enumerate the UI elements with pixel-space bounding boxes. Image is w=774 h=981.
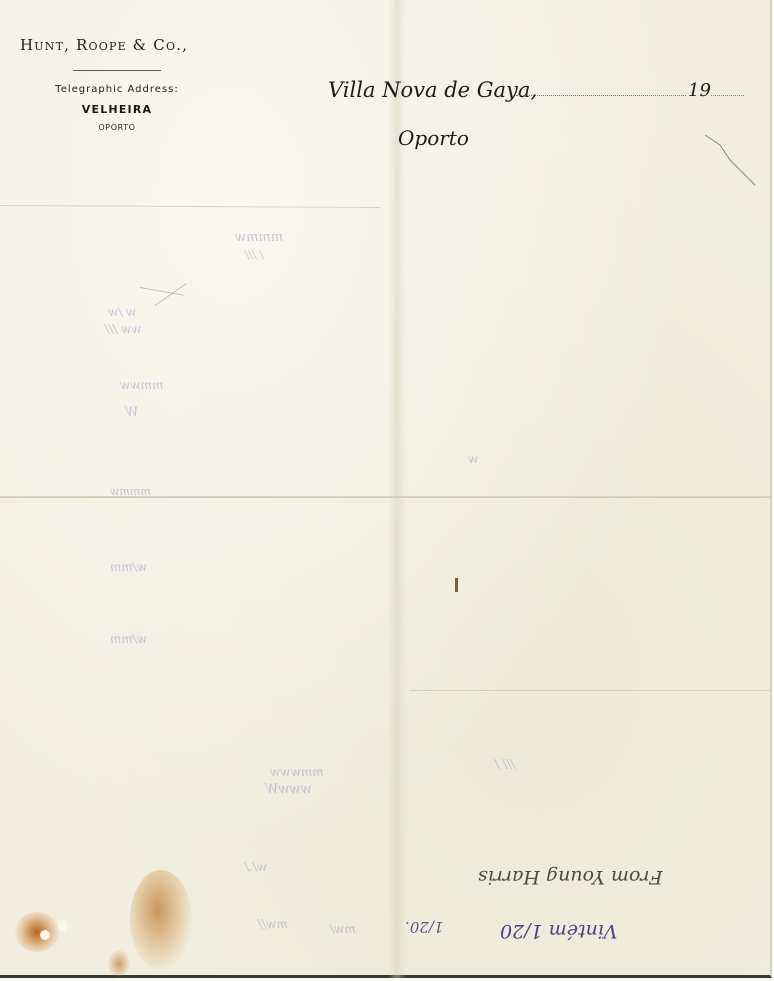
- edge-scribble: [700, 125, 770, 195]
- bleed-through-ink: mmmw: [110, 485, 151, 498]
- ink-note-text: Vintém 1/20: [500, 920, 617, 942]
- bleed-through-ink: W: [125, 405, 138, 420]
- bleed-through-ink: w /w: [108, 305, 136, 319]
- bleed-through-ink: mmww: [120, 378, 163, 392]
- bleed-through-ink: /// /: [495, 757, 515, 771]
- company-name: Hunt, Roope & Co.,: [20, 36, 250, 54]
- bleed-through-ink: wwwW: [265, 782, 312, 797]
- telegraphic-address-label: Telegraphic Address:: [0, 84, 234, 95]
- paper-hole: [40, 930, 50, 940]
- bleed-through-ink: w/./: [245, 860, 267, 874]
- date-fill-line: [516, 95, 686, 96]
- bleed-through-ink: mw/: [330, 922, 356, 936]
- bleed-through-ink: / ///: [245, 248, 263, 261]
- bleed-through-ink: mw//: [258, 917, 288, 931]
- telegraphic-address-word: VELHEIRA: [0, 103, 234, 116]
- paper-crease: [0, 205, 380, 208]
- water-stain: [108, 950, 130, 978]
- ink-fraction: 1/20.: [405, 918, 443, 936]
- pencil-note-text: From Young Harris: [478, 866, 663, 888]
- bleed-through-ink: ww ///: [105, 322, 142, 336]
- rust-stain: [14, 912, 60, 952]
- small-stain-mark: [455, 578, 458, 592]
- dateline-city: Oporto: [398, 126, 469, 150]
- pencil-note: From Young Harris: [478, 866, 663, 888]
- bleed-through-ink: w/mm: [110, 560, 147, 574]
- bleed-through-ink: w: [468, 452, 478, 466]
- ink-fraction-text: 1/20.: [405, 918, 443, 936]
- bleed-through-ink: w/mm: [110, 632, 147, 646]
- year-fill-line: [711, 95, 744, 96]
- dateline-year-prefix: 19: [688, 80, 711, 101]
- bleed-through-ink: mmmw: [235, 230, 283, 245]
- letter-sheet: Hunt, Roope & Co., Telegraphic Address: …: [0, 0, 772, 978]
- telegraphic-address-city: OPORTO: [0, 123, 234, 132]
- water-stain: [130, 870, 192, 970]
- paper-hole: [58, 920, 68, 932]
- paper-crease: [410, 690, 770, 691]
- dateline-place: Villa Nova de Gaya,: [328, 78, 537, 102]
- bleed-through-ink: mmwww: [270, 765, 324, 779]
- ink-note: Vintém 1/20: [500, 920, 617, 942]
- letterhead-divider: [73, 70, 161, 71]
